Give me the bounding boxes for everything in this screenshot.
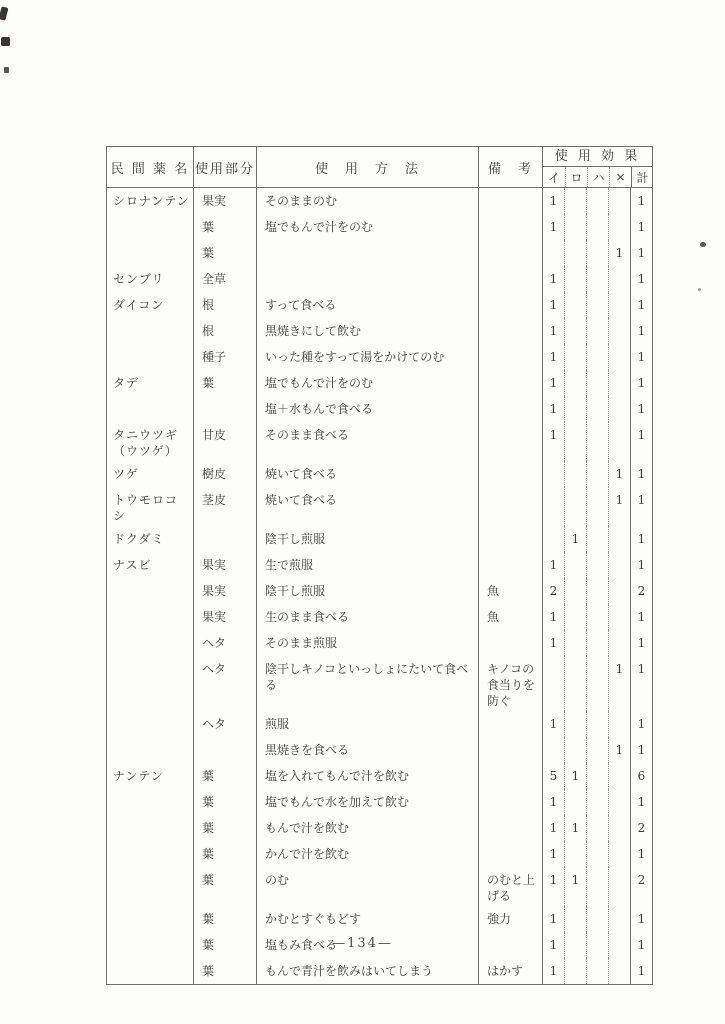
header-effect-total: 計 xyxy=(631,167,653,187)
cell-effect-ro: 1 xyxy=(564,815,586,841)
cell-used-part: ヘタ xyxy=(193,630,256,656)
cell-effect-total: 1 xyxy=(630,656,652,711)
cell-medicine-name xyxy=(107,815,193,841)
cell-effect-ro xyxy=(564,906,586,932)
cell-effect-total: 1 xyxy=(630,711,652,737)
cell-effect-ro xyxy=(564,240,586,266)
cell-used-part: 葉 xyxy=(193,958,256,984)
cell-used-part: 葉 xyxy=(193,763,256,789)
cell-effect-x xyxy=(608,396,630,422)
cell-effect-ha xyxy=(586,214,608,240)
cell-used-part: 果実 xyxy=(193,188,256,214)
cell-effect-total: 1 xyxy=(630,240,652,266)
cell-medicine-name xyxy=(107,240,193,266)
header-effect-group: 使 用 効 果 イロハ×計 xyxy=(542,147,652,187)
cell-effect-x xyxy=(608,841,630,867)
cell-effect-ha xyxy=(586,240,608,266)
cell-used-part: 果実 xyxy=(193,552,256,578)
cell-effect-x xyxy=(608,552,630,578)
cell-remarks xyxy=(478,292,542,318)
scan-artifact xyxy=(698,288,701,291)
cell-remarks: 魚 xyxy=(478,578,542,604)
cell-effect-i: 1 xyxy=(542,370,564,396)
page-number: —134— xyxy=(0,936,725,951)
cell-effect-ha xyxy=(586,841,608,867)
cell-usage-method: のむ xyxy=(256,867,478,906)
cell-effect-total: 6 xyxy=(630,763,652,789)
cell-effect-total: 1 xyxy=(630,906,652,932)
cell-remarks xyxy=(478,789,542,815)
cell-effect-ro xyxy=(564,188,586,214)
cell-medicine-name: タニウツギ （ウツゲ） xyxy=(107,422,193,461)
scan-artifact xyxy=(4,67,9,73)
cell-effect-ro xyxy=(564,266,586,292)
header-remarks: 備 考 xyxy=(478,147,542,187)
cell-medicine-name xyxy=(107,396,193,422)
cell-remarks: のむと上げる xyxy=(478,867,542,906)
table-row: 葉 塩でもんで汁をのむ 1 1 xyxy=(107,214,652,240)
cell-effect-x xyxy=(608,344,630,370)
cell-effect-x xyxy=(608,763,630,789)
cell-medicine-name xyxy=(107,214,193,240)
cell-remarks xyxy=(478,266,542,292)
cell-effect-i: 1 xyxy=(542,396,564,422)
cell-effect-i: 1 xyxy=(542,906,564,932)
cell-effect-x xyxy=(608,266,630,292)
cell-remarks xyxy=(478,526,542,552)
cell-usage-method: いった種をすって湯をかけてのむ xyxy=(256,344,478,370)
cell-effect-ro xyxy=(564,737,586,763)
cell-effect-ha xyxy=(586,737,608,763)
cell-effect-total: 1 xyxy=(630,188,652,214)
cell-usage-method: 煎服 xyxy=(256,711,478,737)
cell-used-part: ヘタ xyxy=(193,656,256,711)
cell-effect-ro xyxy=(564,422,586,461)
cell-remarks xyxy=(478,763,542,789)
cell-used-part: 根 xyxy=(193,292,256,318)
cell-effect-total: 1 xyxy=(630,422,652,461)
cell-effect-x: 1 xyxy=(608,656,630,711)
cell-effect-ro xyxy=(564,656,586,711)
cell-effect-ha xyxy=(586,711,608,737)
cell-effect-ha xyxy=(586,370,608,396)
cell-effect-i: 1 xyxy=(542,867,564,906)
cell-effect-ro xyxy=(564,578,586,604)
cell-effect-total: 1 xyxy=(630,396,652,422)
cell-effect-total: 1 xyxy=(630,370,652,396)
cell-effect-ha xyxy=(586,906,608,932)
cell-effect-ro xyxy=(564,487,586,526)
cell-effect-ro: 1 xyxy=(564,763,586,789)
table-row: 果実 陰干し煎服 魚 2 2 xyxy=(107,578,652,604)
cell-usage-method: もんで汁を飲む xyxy=(256,815,478,841)
cell-remarks xyxy=(478,318,542,344)
header-medicine-name: 民 間 薬 名 xyxy=(107,147,193,187)
cell-effect-ro xyxy=(564,630,586,656)
cell-effect-i: 1 xyxy=(542,604,564,630)
cell-remarks xyxy=(478,552,542,578)
cell-usage-method: 塩でもんで汁をのむ xyxy=(256,214,478,240)
cell-effect-i: 1 xyxy=(542,711,564,737)
cell-effect-ha xyxy=(586,188,608,214)
cell-effect-x xyxy=(608,867,630,906)
table-row: 種子 いった種をすって湯をかけてのむ 1 1 xyxy=(107,344,652,370)
cell-effect-i: 1 xyxy=(542,552,564,578)
cell-medicine-name xyxy=(107,867,193,906)
cell-usage-method: 塩を入れてもんで汁を飲む xyxy=(256,763,478,789)
cell-usage-method: 塩でもんで水を加えて飲む xyxy=(256,789,478,815)
cell-effect-i xyxy=(542,487,564,526)
cell-effect-ha xyxy=(586,318,608,344)
cell-remarks xyxy=(478,630,542,656)
cell-effect-x: 1 xyxy=(608,737,630,763)
cell-remarks xyxy=(478,422,542,461)
cell-medicine-name: ツゲ xyxy=(107,461,193,487)
cell-effect-ha xyxy=(586,292,608,318)
cell-effect-i: 1 xyxy=(542,188,564,214)
table-row: 根 黒焼きにして飲む 1 1 xyxy=(107,318,652,344)
cell-effect-ha xyxy=(586,422,608,461)
cell-effect-total: 1 xyxy=(630,841,652,867)
cell-effect-i: 1 xyxy=(542,292,564,318)
cell-usage-method: 黒焼きを食べる xyxy=(256,737,478,763)
cell-effect-ro xyxy=(564,711,586,737)
table-row: 塩＋水もんで食べる 1 1 xyxy=(107,396,652,422)
table-row: シロナンテン 果実 そのままのむ 1 1 xyxy=(107,188,652,214)
cell-usage-method: 生で煎服 xyxy=(256,552,478,578)
table-body: シロナンテン 果実 そのままのむ 1 1 葉 塩でもんで汁をのむ 1 1 葉 1… xyxy=(107,188,652,984)
cell-usage-method: 黒焼きにして飲む xyxy=(256,318,478,344)
table-row: タニウツギ （ウツゲ） 甘皮 そのまま食べる 1 1 xyxy=(107,422,652,461)
cell-remarks xyxy=(478,461,542,487)
cell-remarks: 強力 xyxy=(478,906,542,932)
cell-remarks xyxy=(478,737,542,763)
cell-effect-i xyxy=(542,656,564,711)
cell-effect-ha xyxy=(586,578,608,604)
cell-effect-x xyxy=(608,906,630,932)
table-row: ヘタ 煎服 1 1 xyxy=(107,711,652,737)
table-row: センブリ 全草 1 1 xyxy=(107,266,652,292)
cell-used-part: 甘皮 xyxy=(193,422,256,461)
cell-used-part: ヘタ xyxy=(193,711,256,737)
cell-remarks xyxy=(478,841,542,867)
cell-effect-i: 1 xyxy=(542,815,564,841)
table-row: 葉 のむ のむと上げる 1 1 2 xyxy=(107,867,652,906)
cell-used-part: 茎皮 xyxy=(193,487,256,526)
cell-medicine-name xyxy=(107,344,193,370)
cell-used-part: 葉 xyxy=(193,370,256,396)
scan-artifact xyxy=(0,6,8,20)
cell-effect-ha xyxy=(586,344,608,370)
cell-effect-total: 1 xyxy=(630,292,652,318)
cell-effect-ro xyxy=(564,318,586,344)
cell-effect-ha xyxy=(586,396,608,422)
cell-remarks xyxy=(478,487,542,526)
header-effect-subcolumns: イロハ×計 xyxy=(543,167,652,187)
cell-effect-total: 1 xyxy=(630,461,652,487)
cell-effect-x xyxy=(608,578,630,604)
cell-medicine-name: シロナンテン xyxy=(107,188,193,214)
cell-medicine-name: タデ xyxy=(107,370,193,396)
cell-effect-i xyxy=(542,526,564,552)
table-row: 黒焼きを食べる 1 1 xyxy=(107,737,652,763)
cell-effect-ha xyxy=(586,604,608,630)
cell-used-part: 葉 xyxy=(193,815,256,841)
cell-effect-ha xyxy=(586,763,608,789)
cell-effect-total: 1 xyxy=(630,487,652,526)
table-row: ナンテン 葉 塩を入れてもんで汁を飲む 5 1 6 xyxy=(107,763,652,789)
cell-medicine-name: ナスビ xyxy=(107,552,193,578)
header-effect-ro: ロ xyxy=(565,167,587,187)
header-effect-i: イ xyxy=(543,167,565,187)
cell-effect-ro xyxy=(564,461,586,487)
cell-medicine-name xyxy=(107,656,193,711)
folk-medicine-usage-table: 民 間 薬 名 使用部分 使 用 方 法 備 考 使 用 効 果 イロハ×計 シ… xyxy=(106,146,653,985)
scan-artifact xyxy=(700,242,706,247)
header-used-part: 使用部分 xyxy=(193,147,256,187)
cell-effect-x xyxy=(608,526,630,552)
cell-effect-x xyxy=(608,789,630,815)
cell-medicine-name xyxy=(107,737,193,763)
table-row: 葉 塩でもんで水を加えて飲む 1 1 xyxy=(107,789,652,815)
cell-effect-ha xyxy=(586,867,608,906)
header-effect-x: × xyxy=(609,167,631,187)
cell-usage-method: 焼いて食べる xyxy=(256,487,478,526)
cell-usage-method: そのままのむ xyxy=(256,188,478,214)
cell-used-part: 種子 xyxy=(193,344,256,370)
cell-used-part: 葉 xyxy=(193,841,256,867)
cell-effect-total: 1 xyxy=(630,552,652,578)
cell-effect-x xyxy=(608,422,630,461)
cell-effect-total: 1 xyxy=(630,318,652,344)
scanned-document-page: 民 間 薬 名 使用部分 使 用 方 法 備 考 使 用 効 果 イロハ×計 シ… xyxy=(0,0,725,1024)
cell-usage-method: すって食べる xyxy=(256,292,478,318)
header-usage-effect: 使 用 効 果 xyxy=(543,147,652,167)
cell-effect-ro xyxy=(564,214,586,240)
cell-effect-i xyxy=(542,461,564,487)
cell-used-part xyxy=(193,737,256,763)
table-row: トウモロコシ 茎皮 焼いて食べる 1 1 xyxy=(107,487,652,526)
cell-effect-ha xyxy=(586,487,608,526)
cell-effect-ro: 1 xyxy=(564,526,586,552)
cell-effect-ro xyxy=(564,344,586,370)
cell-remarks xyxy=(478,344,542,370)
table-row: 葉 もんで青汁を飲みはいてしまう はかす 1 1 xyxy=(107,958,652,984)
cell-remarks xyxy=(478,396,542,422)
cell-effect-ro xyxy=(564,789,586,815)
cell-usage-method: かんで汁を飲む xyxy=(256,841,478,867)
cell-effect-ha xyxy=(586,656,608,711)
cell-usage-method: 陰干し煎服 xyxy=(256,578,478,604)
cell-effect-i: 1 xyxy=(542,422,564,461)
cell-effect-ha xyxy=(586,461,608,487)
table-row: ヘタ 陰干しキノコといっしょにたいて食べる キノコの食当りを防ぐ 1 1 xyxy=(107,656,652,711)
cell-used-part: 果実 xyxy=(193,578,256,604)
cell-remarks: はかす xyxy=(478,958,542,984)
cell-effect-i: 1 xyxy=(542,318,564,344)
cell-usage-method: 塩＋水もんで食べる xyxy=(256,396,478,422)
cell-effect-ro xyxy=(564,370,586,396)
table-row: 葉 かむとすぐもどす 強力 1 1 xyxy=(107,906,652,932)
cell-effect-ro xyxy=(564,292,586,318)
cell-remarks xyxy=(478,188,542,214)
cell-used-part: 葉 xyxy=(193,867,256,906)
cell-usage-method: 生のまま食べる xyxy=(256,604,478,630)
cell-remarks xyxy=(478,815,542,841)
cell-effect-ro xyxy=(564,958,586,984)
cell-medicine-name xyxy=(107,578,193,604)
cell-remarks xyxy=(478,214,542,240)
table-row: タデ 葉 塩でもんで汁をのむ 1 1 xyxy=(107,370,652,396)
cell-effect-x: 1 xyxy=(608,240,630,266)
cell-usage-method: そのまま食べる xyxy=(256,422,478,461)
cell-remarks xyxy=(478,711,542,737)
table-row: 葉 かんで汁を飲む 1 1 xyxy=(107,841,652,867)
cell-used-part: 全草 xyxy=(193,266,256,292)
cell-effect-ha xyxy=(586,526,608,552)
cell-remarks xyxy=(478,370,542,396)
scan-artifact xyxy=(1,37,10,46)
cell-medicine-name xyxy=(107,789,193,815)
cell-medicine-name: センブリ xyxy=(107,266,193,292)
cell-effect-total: 1 xyxy=(630,214,652,240)
cell-effect-i: 1 xyxy=(542,841,564,867)
cell-effect-total: 1 xyxy=(630,737,652,763)
table-row: ダイコン 根 すって食べる 1 1 xyxy=(107,292,652,318)
cell-effect-x: 1 xyxy=(608,487,630,526)
cell-effect-total: 1 xyxy=(630,958,652,984)
table-row: 葉 1 1 xyxy=(107,240,652,266)
cell-medicine-name xyxy=(107,958,193,984)
cell-effect-i: 2 xyxy=(542,578,564,604)
cell-medicine-name xyxy=(107,630,193,656)
cell-medicine-name xyxy=(107,604,193,630)
cell-effect-i: 1 xyxy=(542,344,564,370)
cell-usage-method: そのまま煎服 xyxy=(256,630,478,656)
cell-effect-total: 1 xyxy=(630,344,652,370)
cell-usage-method: 塩でもんで汁をのむ xyxy=(256,370,478,396)
cell-used-part: 根 xyxy=(193,318,256,344)
table-row: ドクダミ 陰干し煎服 1 1 xyxy=(107,526,652,552)
cell-effect-i: 5 xyxy=(542,763,564,789)
cell-used-part: 葉 xyxy=(193,214,256,240)
cell-remarks: キノコの食当りを防ぐ xyxy=(478,656,542,711)
cell-effect-i xyxy=(542,737,564,763)
cell-effect-total: 2 xyxy=(630,867,652,906)
cell-effect-i: 1 xyxy=(542,266,564,292)
cell-effect-total: 2 xyxy=(630,578,652,604)
cell-effect-total: 1 xyxy=(630,604,652,630)
cell-effect-i: 1 xyxy=(542,958,564,984)
table-row: ナスビ 果実 生で煎服 1 1 xyxy=(107,552,652,578)
cell-medicine-name: ダイコン xyxy=(107,292,193,318)
cell-effect-ha xyxy=(586,266,608,292)
header-usage-method: 使 用 方 法 xyxy=(256,147,478,187)
cell-effect-total: 1 xyxy=(630,266,652,292)
cell-used-part xyxy=(193,526,256,552)
cell-effect-ro xyxy=(564,841,586,867)
cell-used-part xyxy=(193,396,256,422)
cell-effect-x xyxy=(608,188,630,214)
table-row: ツゲ 樹皮 焼いて食べる 1 1 xyxy=(107,461,652,487)
cell-effect-ro xyxy=(564,604,586,630)
cell-effect-x xyxy=(608,214,630,240)
cell-usage-method xyxy=(256,266,478,292)
table-row: 果実 生のまま食べる 魚 1 1 xyxy=(107,604,652,630)
cell-used-part: 樹皮 xyxy=(193,461,256,487)
cell-remarks: 魚 xyxy=(478,604,542,630)
cell-used-part: 葉 xyxy=(193,240,256,266)
table-header: 民 間 薬 名 使用部分 使 用 方 法 備 考 使 用 効 果 イロハ×計 xyxy=(107,147,652,188)
cell-effect-total: 1 xyxy=(630,630,652,656)
cell-effect-ha xyxy=(586,630,608,656)
cell-effect-ro: 1 xyxy=(564,867,586,906)
cell-medicine-name xyxy=(107,906,193,932)
cell-effect-total: 2 xyxy=(630,815,652,841)
cell-medicine-name: ナンテン xyxy=(107,763,193,789)
cell-effect-x xyxy=(608,815,630,841)
table-row: 葉 もんで汁を飲む 1 1 2 xyxy=(107,815,652,841)
cell-effect-ha xyxy=(586,958,608,984)
cell-usage-method: かむとすぐもどす xyxy=(256,906,478,932)
cell-effect-ha xyxy=(586,552,608,578)
cell-effect-total: 1 xyxy=(630,789,652,815)
cell-effect-x xyxy=(608,604,630,630)
cell-effect-ro xyxy=(564,396,586,422)
cell-effect-x xyxy=(608,370,630,396)
cell-medicine-name xyxy=(107,841,193,867)
cell-effect-x: 1 xyxy=(608,461,630,487)
cell-effect-ro xyxy=(564,552,586,578)
cell-effect-ha xyxy=(586,789,608,815)
table-row: ヘタ そのまま煎服 1 1 xyxy=(107,630,652,656)
cell-effect-i: 1 xyxy=(542,789,564,815)
cell-effect-x xyxy=(608,318,630,344)
cell-usage-method: 陰干し煎服 xyxy=(256,526,478,552)
cell-effect-x xyxy=(608,630,630,656)
cell-remarks xyxy=(478,240,542,266)
cell-effect-i xyxy=(542,240,564,266)
cell-effect-total: 1 xyxy=(630,526,652,552)
cell-used-part: 葉 xyxy=(193,789,256,815)
cell-effect-i: 1 xyxy=(542,630,564,656)
cell-usage-method xyxy=(256,240,478,266)
cell-effect-x xyxy=(608,958,630,984)
header-effect-ha: ハ xyxy=(587,167,609,187)
cell-effect-x xyxy=(608,711,630,737)
cell-medicine-name: トウモロコシ xyxy=(107,487,193,526)
cell-effect-ha xyxy=(586,815,608,841)
cell-usage-method: 焼いて食べる xyxy=(256,461,478,487)
cell-effect-x xyxy=(608,292,630,318)
cell-usage-method: 陰干しキノコといっしょにたいて食べる xyxy=(256,656,478,711)
cell-medicine-name xyxy=(107,318,193,344)
cell-medicine-name: ドクダミ xyxy=(107,526,193,552)
cell-medicine-name xyxy=(107,711,193,737)
cell-used-part: 葉 xyxy=(193,906,256,932)
cell-used-part: 果実 xyxy=(193,604,256,630)
cell-effect-i: 1 xyxy=(542,214,564,240)
cell-usage-method: もんで青汁を飲みはいてしまう xyxy=(256,958,478,984)
